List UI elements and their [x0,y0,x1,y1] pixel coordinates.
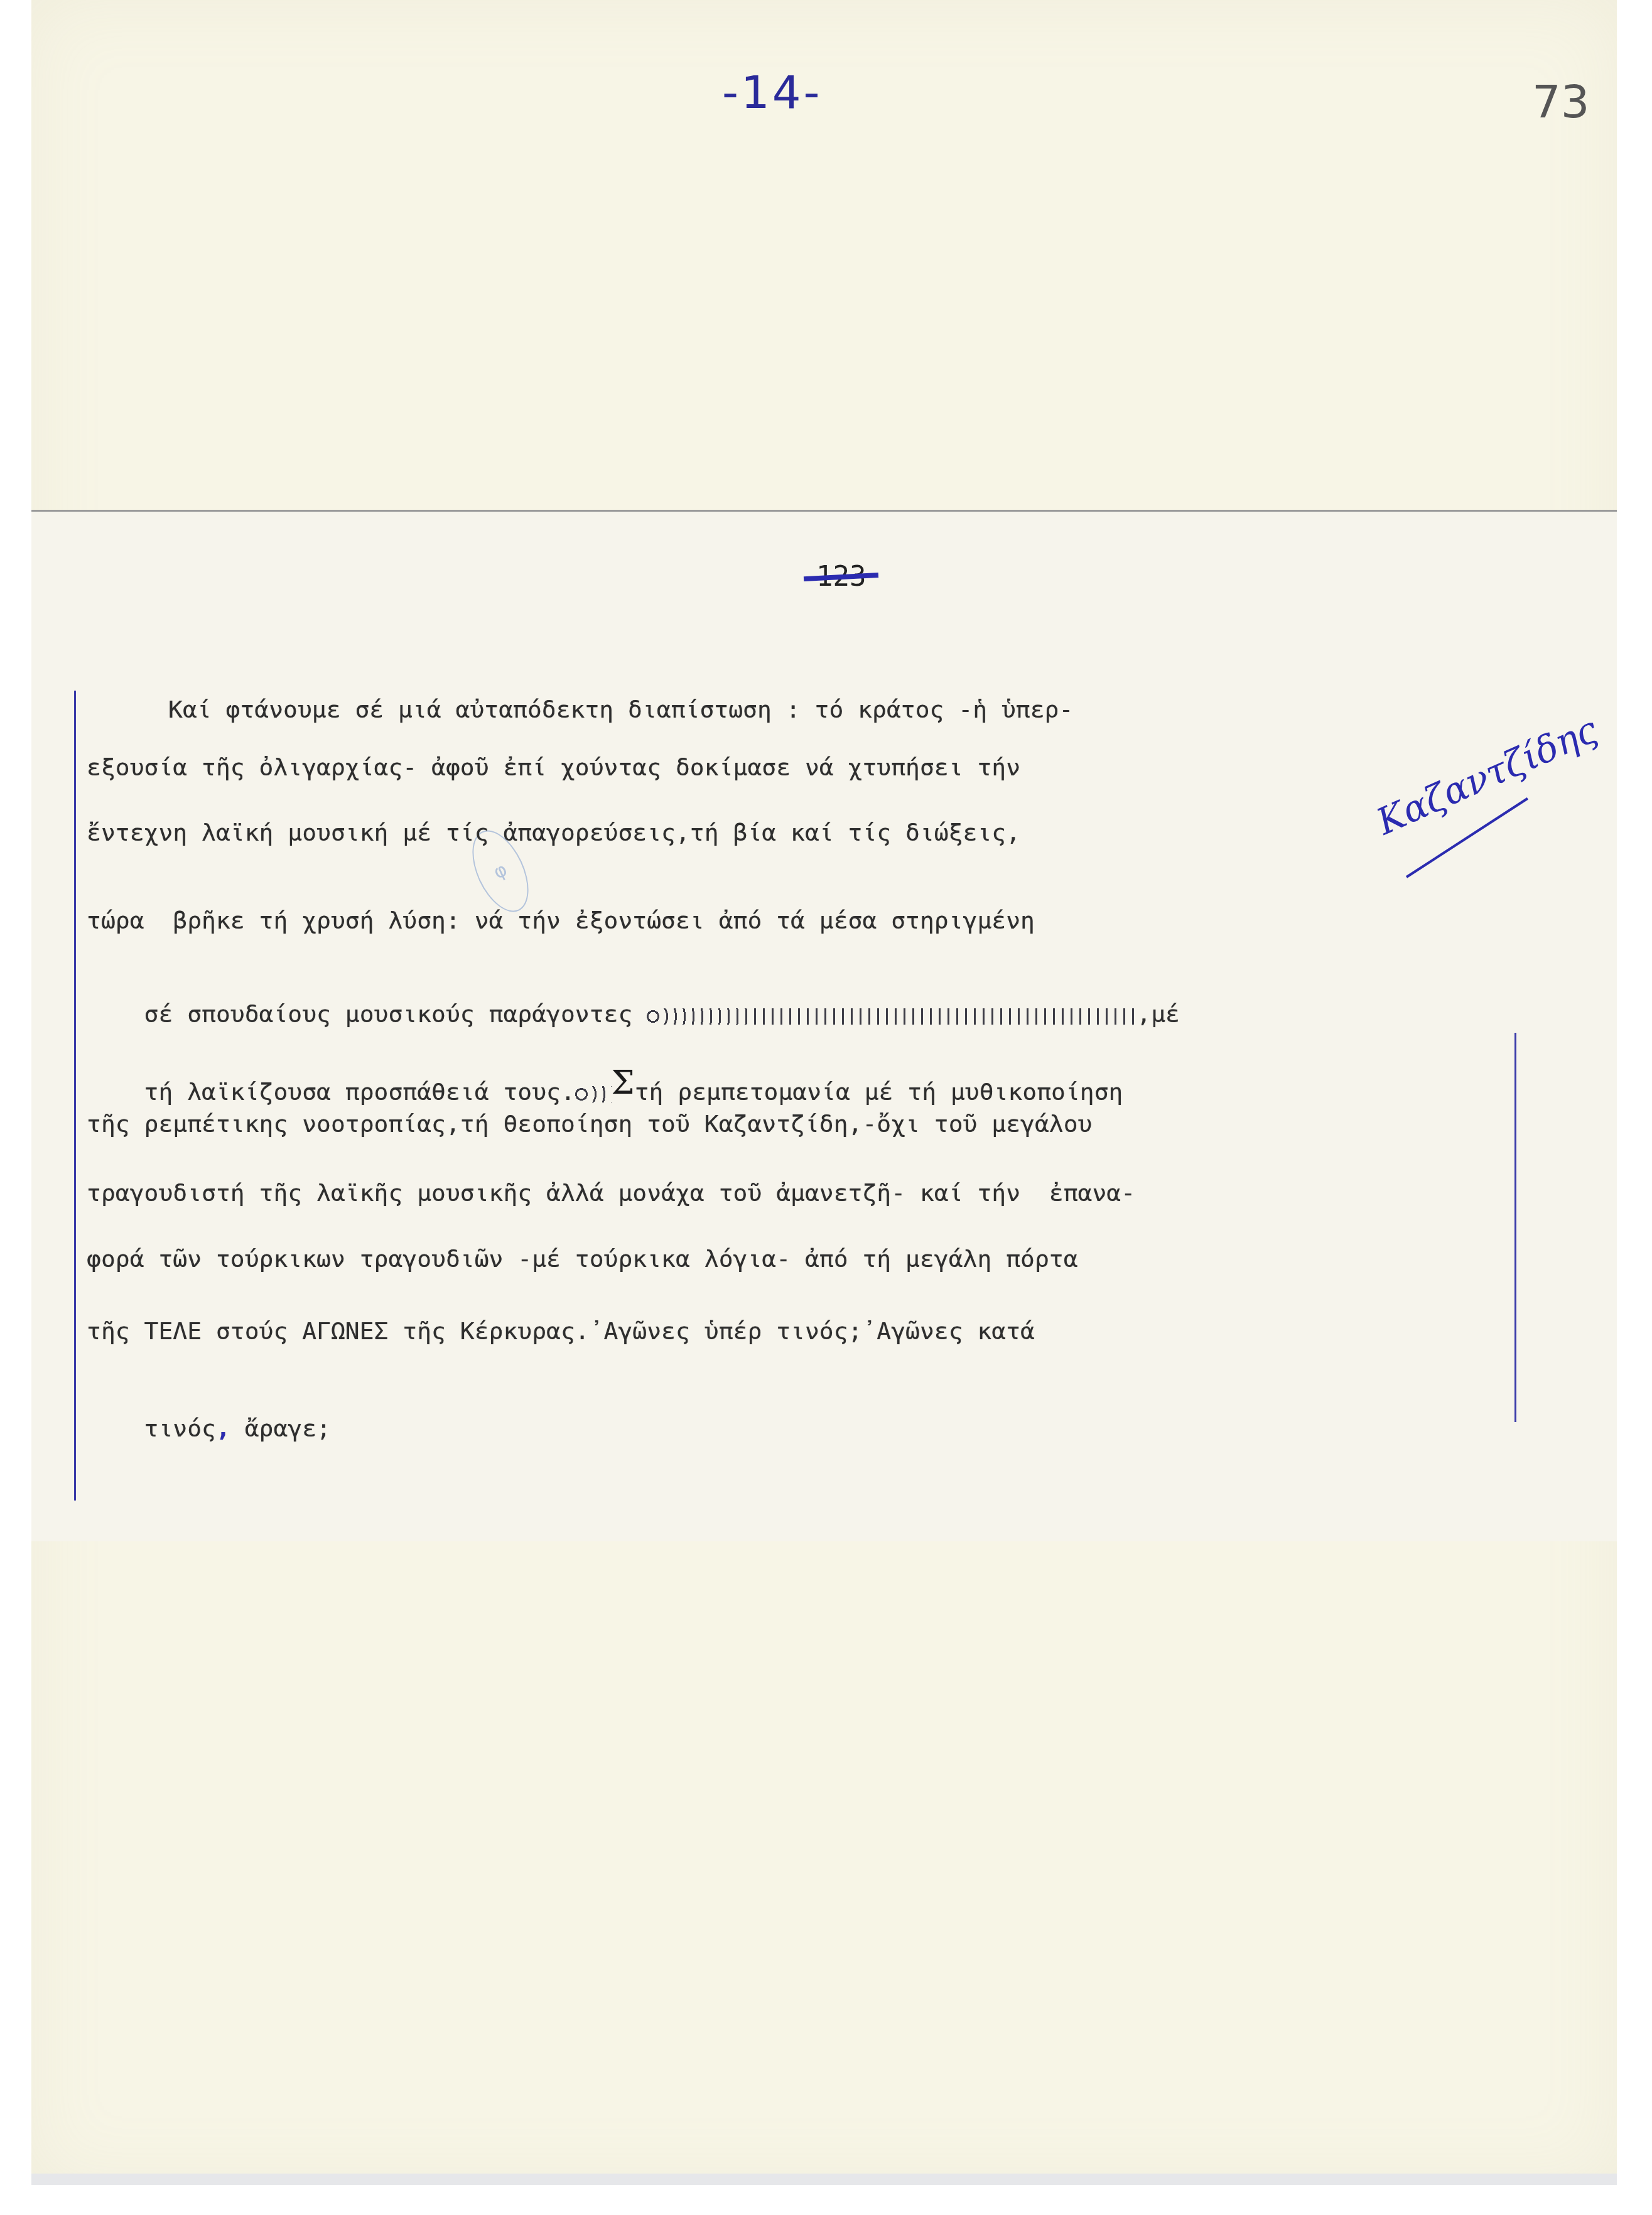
line-11-text-before: τινός [144,1415,216,1442]
typescript-line-1: Καί φτάνουμε σέ μιά αὐταπόδεκτη διαπίστω… [168,694,1073,725]
handwritten-sigma-insertion: Σ [612,1064,635,1102]
line-11-text-after: ἄραγε; [230,1415,331,1442]
typescript-line-5: σέ σπουδαίους μουσικούς παράγοντες ,μέ [87,967,1180,998]
typescript-line-2: εξουσία τῆς ὀλιγαρχίας- ἀφοῦ ἐπί χούντας… [87,752,1020,783]
page-bottom-edge [31,2174,1617,2185]
typescript-line-9: φορά τῶν τούρκικων τραγουδιῶν -μέ τούρκι… [87,1243,1078,1275]
handwritten-comma: , [216,1415,230,1442]
typescript-line-3: ἔντεχνη λαϊκή μουσική μέ τίς ἀπαγορεύσει… [87,817,1020,848]
line-5-text-before: σέ σπουδαίους μουσικούς παράγοντες [144,1000,647,1028]
line-6-text-after: τή ρεμπετομανία μέ τή μυθικοποίηση [635,1078,1123,1106]
struck-out-word [575,1081,612,1106]
circle-stamp-mark: φ [490,858,511,883]
typescript-line-4: τώρα βρῆκε τή χρυσή λύση: νά τήν ἐξοντώσ… [87,905,1035,936]
struck-out-passage [647,1003,1136,1028]
left-margin-bracket [74,691,76,1501]
typescript-line-8: τραγουδιστή τῆς λαϊκῆς μουσικῆς ἀλλά μον… [87,1177,1135,1209]
struck-old-page-number: 123 [816,561,866,593]
archive-number: 73 [1532,75,1590,128]
handwritten-page-number: -14- [722,66,823,119]
line-5-text-after: ,μέ [1136,1000,1180,1028]
typescript-line-7: τῆς ρεμπέτικης νοοτροπίας,τή θεοποίηση τ… [87,1108,1092,1140]
right-margin-bracket [1514,1033,1516,1422]
line-6-text-before: τή λαϊκίζουσα προσπάθειά τους. [144,1078,575,1106]
typescript-line-6: τή λαϊκίζουσα προσπάθειά τους.Στή ρεμπετ… [87,1042,1123,1074]
typescript-line-10: τῆς ΤΕΛΕ στούς ΑΓΩΝΕΣ τῆς Κέρκυρας.᾿Αγῶν… [87,1315,1035,1347]
typescript-line-11: τινός, ἄραγε; [87,1381,331,1413]
